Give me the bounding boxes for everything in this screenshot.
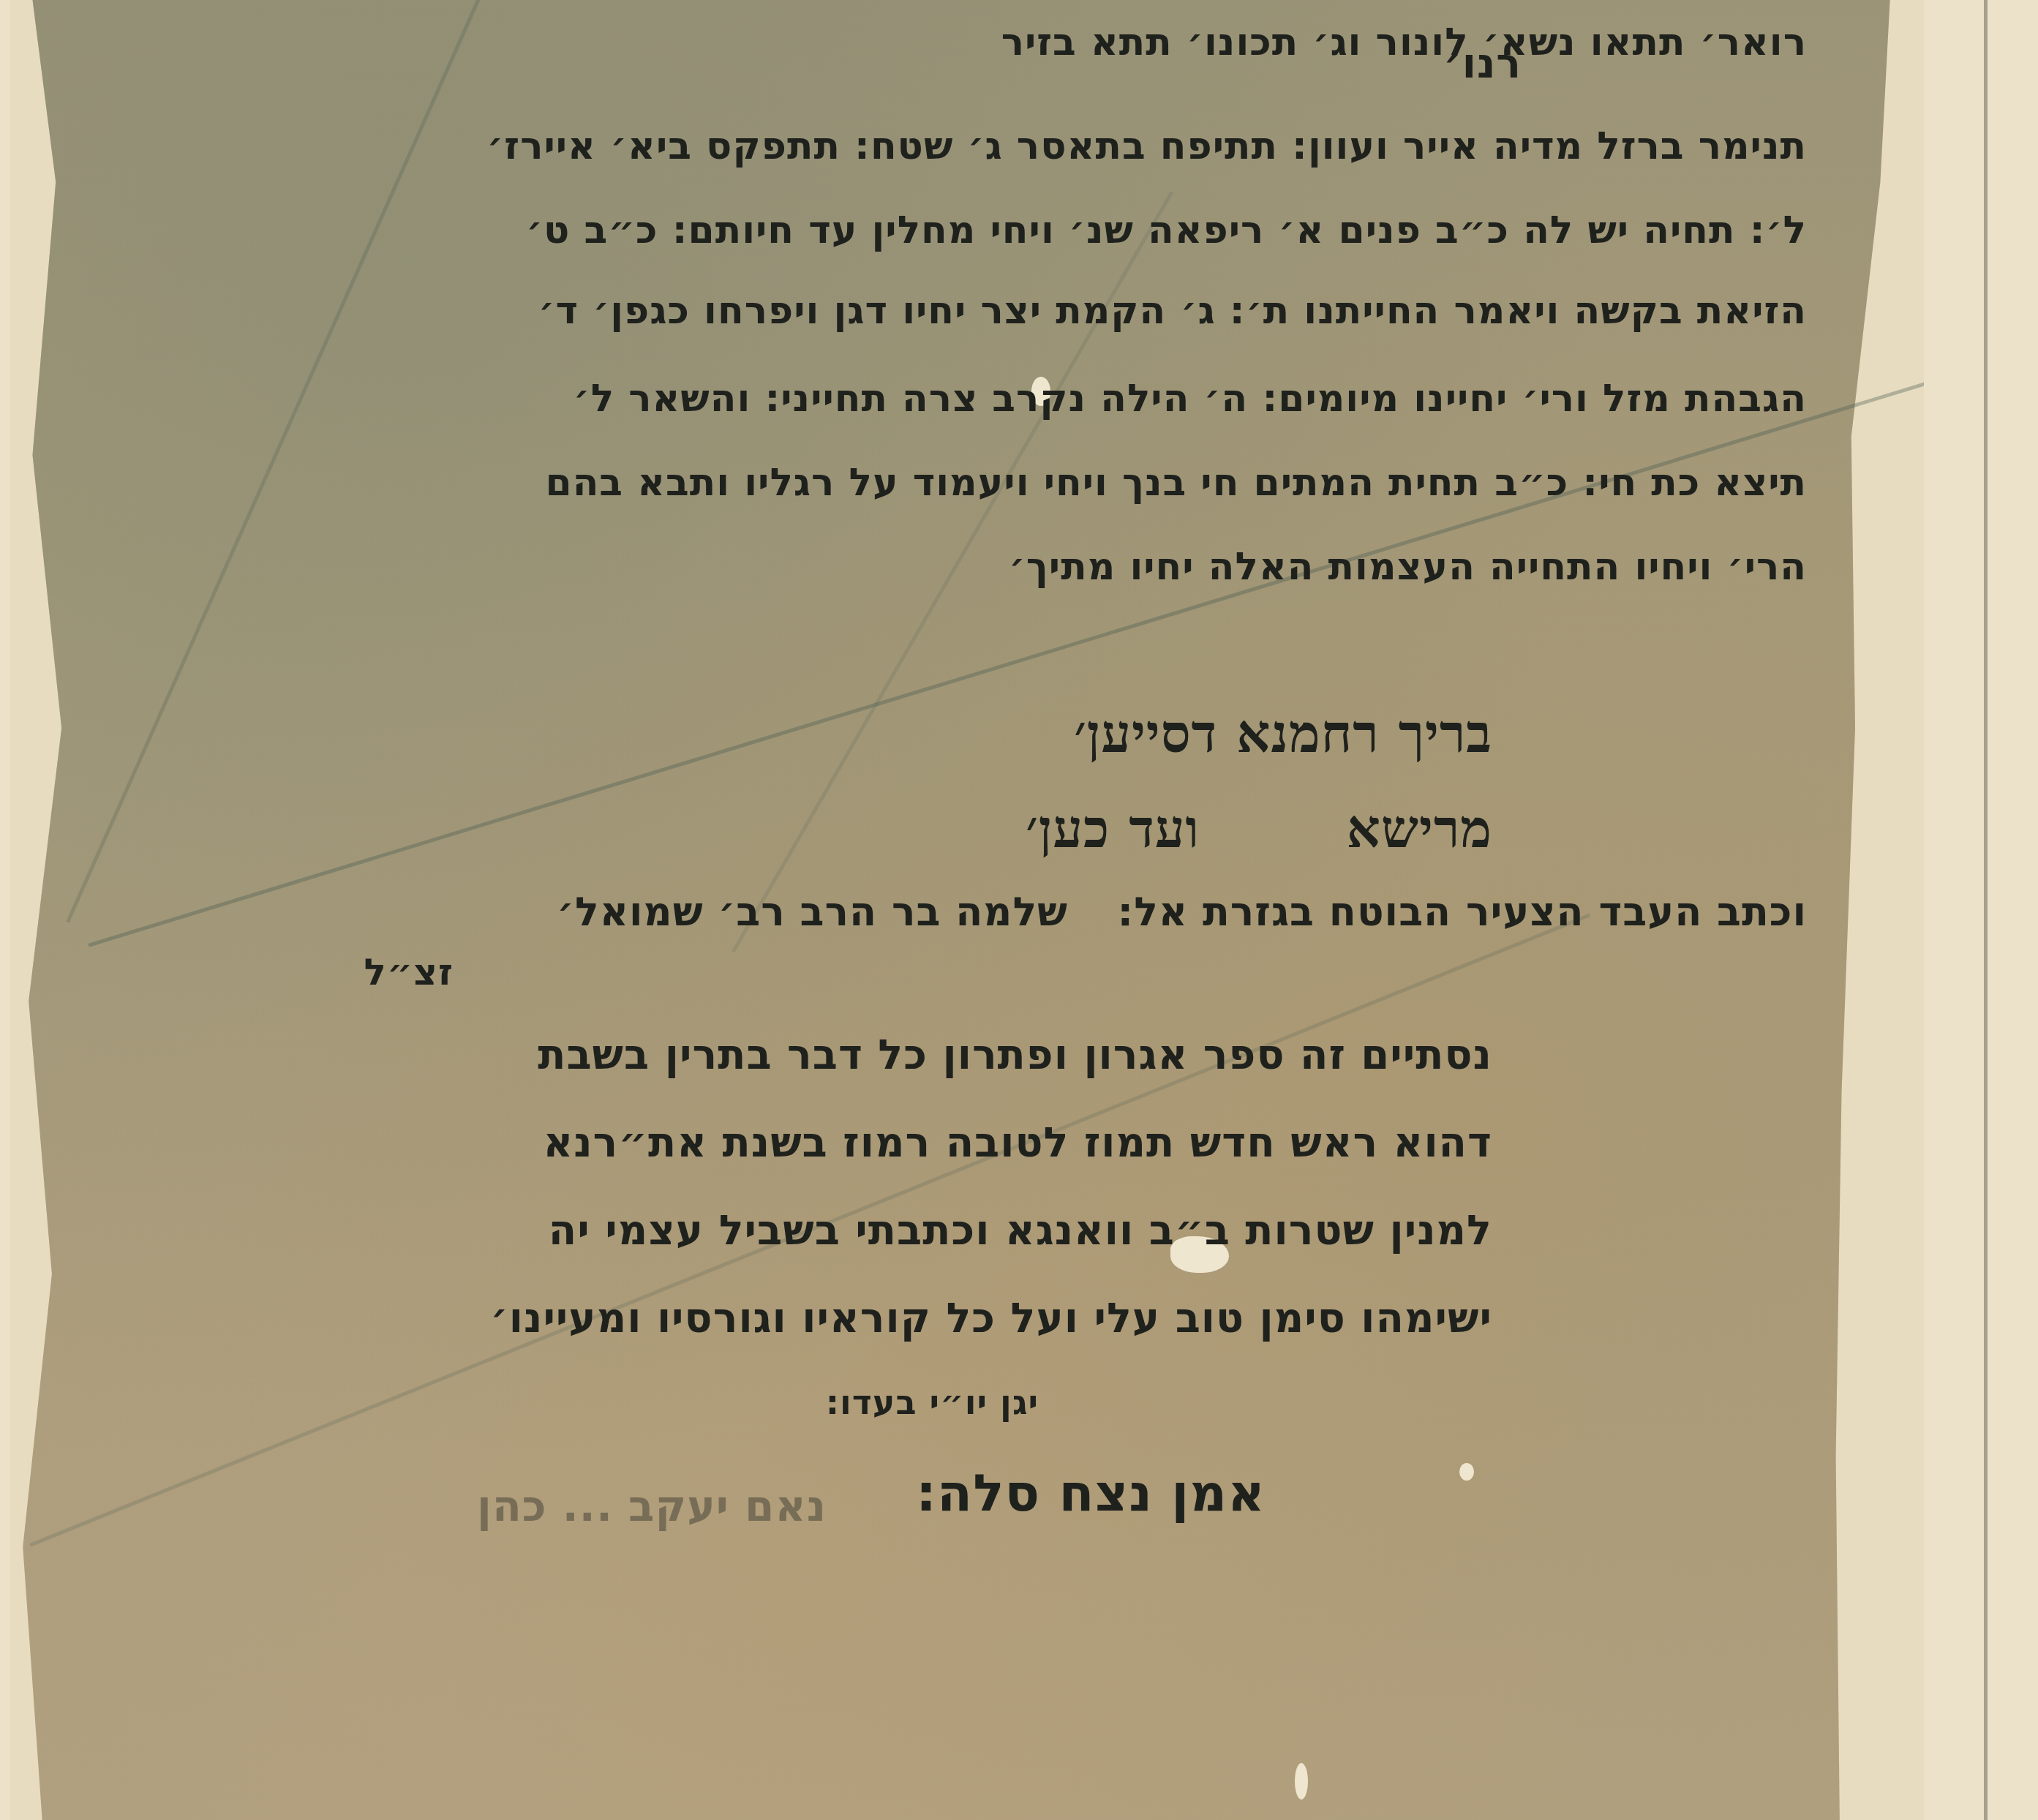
parchment-hole bbox=[1295, 1763, 1308, 1800]
backing-paper-right bbox=[1924, 0, 2038, 1820]
amen-line: אמן נצח סלה: bbox=[916, 1463, 1266, 1523]
closing-formula: יגן יו״י בעדו: אמן נצח סלה: נאם יעקב ...… bbox=[0, 0, 1873, 1609]
blessing-line: יגן יו״י בעדו: bbox=[826, 1383, 1039, 1422]
faded-owner-note: נאם יעקב ... כהן bbox=[477, 1481, 827, 1531]
mount-edge-line bbox=[1984, 0, 1988, 1820]
